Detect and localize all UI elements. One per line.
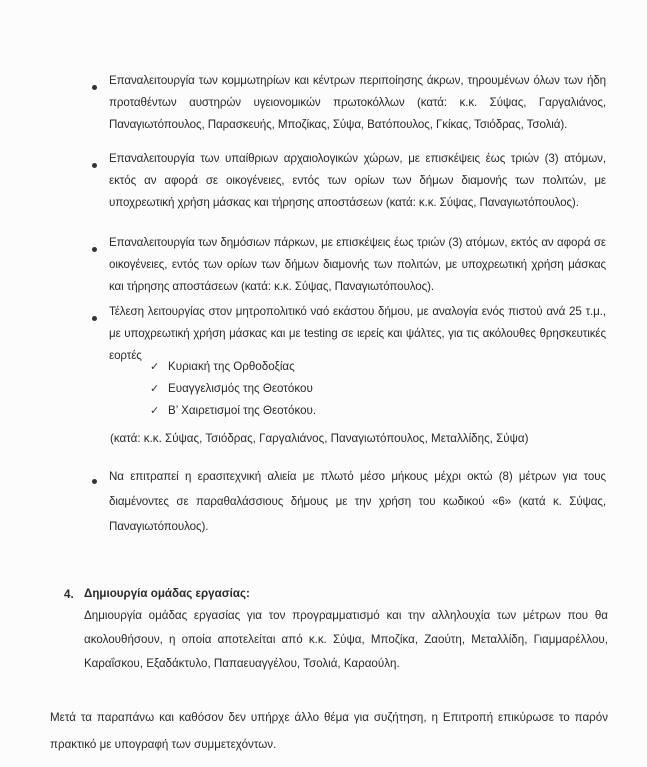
closing-paragraph: Μετά τα παραπάνω και καθόσον δεν υπήρχε … [50, 704, 608, 758]
list-item: Επαναλειτουργία των κομμωτηρίων και κέντ… [92, 70, 606, 136]
checklist-item: ✓ Ευαγγελισμός της Θεοτόκου [150, 378, 316, 400]
checklist-item: ✓ Κυριακή της Ορθοδοξίας [150, 356, 316, 378]
section-number: 4. [64, 584, 74, 606]
section-4: 4. Δημιουργία ομάδας εργασίας: Δημιουργί… [64, 584, 608, 676]
check-icon: ✓ [150, 378, 168, 400]
section-title: Δημιουργία ομάδας εργασίας: [84, 584, 608, 604]
bullet-icon [92, 85, 97, 90]
check-icon: ✓ [150, 356, 168, 378]
checklist-text: Ευαγγελισμός της Θεοτόκου [168, 378, 313, 400]
check-icon: ✓ [150, 400, 168, 422]
bullet-icon [92, 163, 97, 168]
bullet-text: Επαναλειτουργία των δημόσιων πάρκων, με … [109, 232, 606, 298]
checklist-text: Β’ Χαιρετισμοί της Θεοτόκου. [168, 400, 316, 422]
bullet-icon [92, 479, 97, 484]
section-body: Δημιουργία ομάδας εργασίας για τον προγρ… [84, 604, 608, 676]
list-item: Επαναλειτουργία των υπαίθριων αρχαιολογι… [92, 148, 606, 214]
bullet-icon [92, 316, 97, 321]
reference-line: (κατά: κ.κ. Σύψας, Τσιόδρας, Γαργαλιάνος… [110, 428, 528, 450]
bullet-text: Επαναλειτουργία των υπαίθριων αρχαιολογι… [109, 148, 606, 214]
bullet-text: Να επιτραπεί η ερασιτεχνική αλιεία με πλ… [109, 464, 606, 539]
checklist-item: ✓ Β’ Χαιρετισμοί της Θεοτόκου. [150, 400, 316, 422]
list-item: Να επιτραπεί η ερασιτεχνική αλιεία με πλ… [92, 464, 606, 539]
bullet-icon [92, 247, 97, 252]
document-page: Επαναλειτουργία των κομμωτηρίων και κέντ… [0, 0, 647, 767]
list-item: Επαναλειτουργία των δημόσιων πάρκων, με … [92, 232, 606, 298]
bullet-text: Επαναλειτουργία των κομμωτηρίων και κέντ… [109, 70, 606, 136]
checklist-text: Κυριακή της Ορθοδοξίας [168, 356, 295, 378]
feast-checklist: ✓ Κυριακή της Ορθοδοξίας ✓ Ευαγγελισμός … [150, 356, 316, 422]
